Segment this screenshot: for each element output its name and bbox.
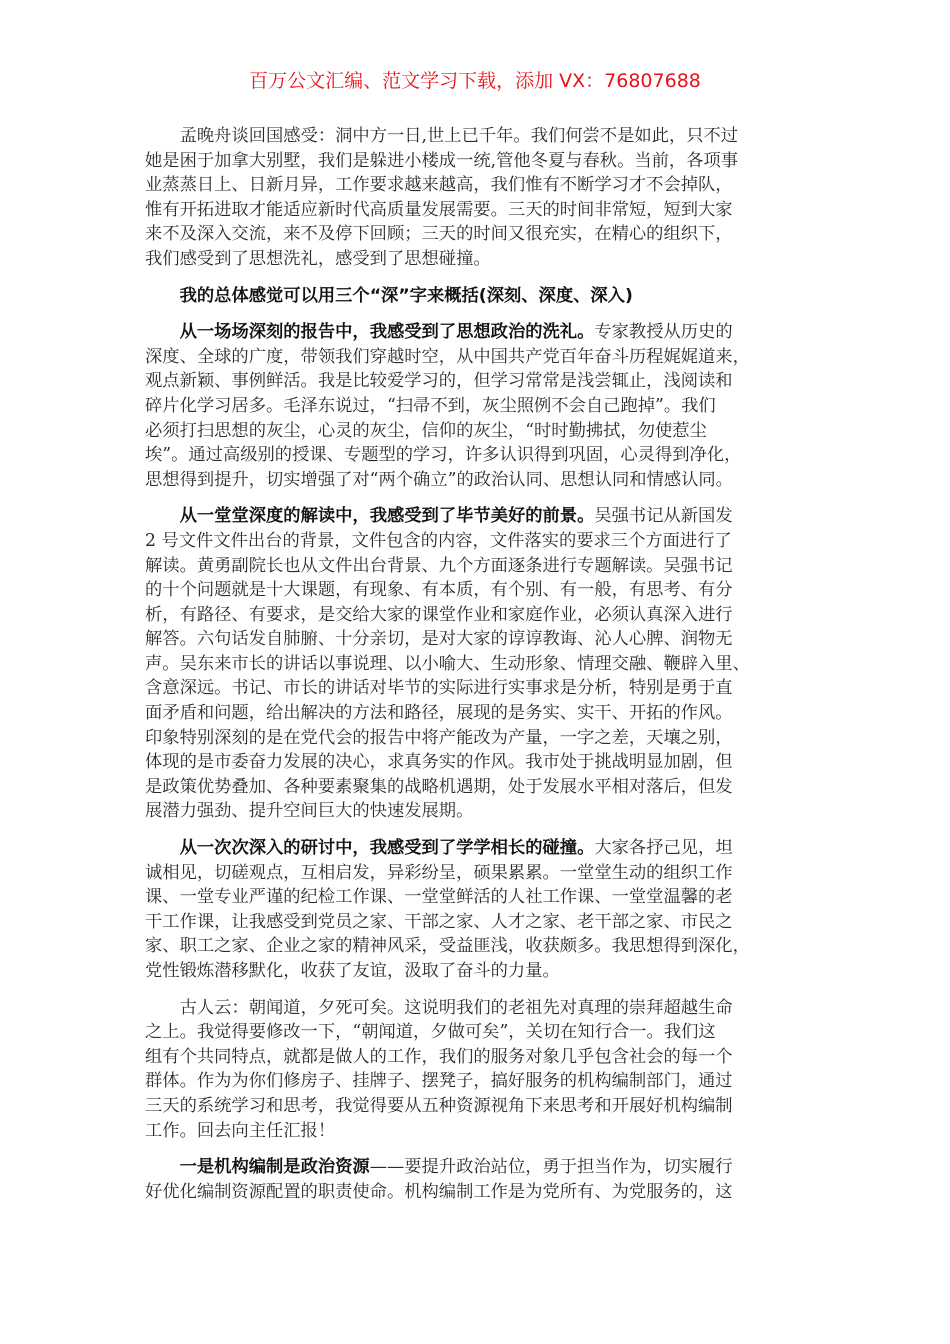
text-line: 孟晚舟谈回国感受：洞中方一日,世上已千年。我们何尝不是如此，只不过 [145, 124, 809, 149]
text-line: 碎片化学习居多。毛泽东说过，“扫帚不到，灰尘照例不会自己跑掉”。我们 [145, 394, 809, 419]
text-line: 思想得到提升，切实增强了对“两个确立”的政治认同、思想认同和情感认同。 [145, 468, 809, 493]
text-line: 面矛盾和问题，给出解决的方法和路径，展现的是务实、实干、开拓的作风。 [145, 701, 809, 726]
text-line: 古人云：朝闻道，夕死可矣。这说明我们的老祖先对真理的崇拜超越生命 [145, 996, 809, 1021]
text-line: 业蒸蒸日上、日新月异，工作要求越来越高，我们惟有不断学习才不会掉队， [145, 173, 809, 198]
text-line: 一是机构编制是政治资源——要提升政治站位，勇于担当作为，切实履行 [145, 1155, 809, 1180]
watermark-header: 百万公文汇编、范文学习下载，添加 VX：76807688 [0, 66, 950, 96]
text-line: 解答。六句话发自肺腑、十分亲切，是对大家的谆谆教诲、沁人心脾、润物无 [145, 627, 809, 652]
text-line: 观点新颖、事例鲜活。我是比较爱学习的，但学习常常是浅尝辄止，浅阅读和 [145, 369, 809, 394]
text-run: 专家教授从历史的 [594, 322, 732, 342]
text-line: 从一次次深入的研讨中，我感受到了学学相长的碰撞。大家各抒己见，坦 [145, 836, 809, 861]
text-line: 析，有路径、有要求，是交给大家的课堂作业和家庭作业，必须认真深入进行 [145, 603, 809, 628]
document-body: 孟晚舟谈回国感受：洞中方一日,世上已千年。我们何尝不是如此，只不过 她是困于加拿… [145, 124, 809, 1216]
paragraph-intro: 孟晚舟谈回国感受：洞中方一日,世上已千年。我们何尝不是如此，只不过 她是困于加拿… [145, 124, 809, 272]
document-page: 百万公文汇编、范文学习下载，添加 VX：76807688 孟晚舟谈回国感受：洞中… [0, 0, 950, 1344]
text-line: 党性锻炼潜移默化，收获了友谊，汲取了奋斗的力量。 [145, 959, 809, 984]
text-line: 家、职工之家、企业之家的精神风采，受益匪浅，收获颇多。我思想得到深化， [145, 934, 809, 959]
text-line: 从一场场深刻的报告中，我感受到了思想政治的洗礼。专家教授从历史的 [145, 320, 809, 345]
text-line: 课、一堂专业严谨的纪检工作课、一堂堂鲜活的人社工作课、一堂堂温馨的老 [145, 885, 809, 910]
text-line: 必须打扫思想的灰尘，心灵的灰尘，信仰的灰尘，“时时勤拂拭，勿使惹尘 [145, 419, 809, 444]
text-line: 惟有开拓进取才能适应新时代高质量发展需要。三天的时间非常短，短到大家 [145, 198, 809, 223]
paragraph-lead: 从一次次深入的研讨中，我感受到了学学相长的碰撞。 [180, 838, 595, 858]
paragraph-reports: 从一场场深刻的报告中，我感受到了思想政治的洗礼。专家教授从历史的 深度、全球的广… [145, 320, 809, 492]
text-line: 埃”。通过高级别的授课、专题型的学习，许多认识得到巩固，心灵得到净化， [145, 443, 809, 468]
paragraph-political-resource: 一是机构编制是政治资源——要提升政治站位，勇于担当作为，切实履行 好优化编制资源… [145, 1155, 809, 1204]
text-line: 深度、全球的广度，带领我们穿越时空，从中国共产党百年奋斗历程娓娓道来， [145, 345, 809, 370]
text-line: 组有个共同特点，就都是做人的工作，我们的服务对象几乎包含社会的每一个 [145, 1045, 809, 1070]
text-line: 群体。作为为你们修房子、挂牌子、摆凳子，搞好服务的机构编制部门，通过 [145, 1069, 809, 1094]
paragraph-lead: 一是机构编制是政治资源 [180, 1157, 370, 1177]
text-line: 印象特别深刻的是在党代会的报告中将产能改为产量，一字之差，天壤之别， [145, 726, 809, 751]
text-line: 体现的是市委奋力发展的决心，求真务实的作风。我市处于挑战明显加剧，但 [145, 750, 809, 775]
text-line: 来不及深入交流，来不及停下回顾；三天的时间又很充实，在精心的组织下， [145, 222, 809, 247]
text-run: 大家各抒己见，坦 [594, 838, 732, 858]
text-run: ——要提升政治站位，勇于担当作为，切实履行 [370, 1157, 733, 1177]
section-heading: 我的总体感觉可以用三个“深”字来概括(深刻、深度、深入) [145, 284, 809, 309]
text-line: 诚相见，切磋观点，互相启发，异彩纷呈，硕果累累。一堂堂生动的组织工作 [145, 861, 809, 886]
paragraph-ancients: 古人云：朝闻道，夕死可矣。这说明我们的老祖先对真理的崇拜超越生命 之上。我觉得要… [145, 996, 809, 1144]
text-line: 之上。我觉得要修改一下，“朝闻道，夕做可矣”，关切在知行合一。我们这 [145, 1020, 809, 1045]
text-line: 的十个问题就是十大课题，有现象、有本质，有个别、有一般，有思考、有分 [145, 578, 809, 603]
text-line: 三天的系统学习和思考，我觉得要从五种资源视角下来思考和开展好机构编制 [145, 1094, 809, 1119]
text-line: 她是困于加拿大别墅，我们是躲进小楼成一统,管他冬夏与春秋。当前，各项事 [145, 149, 809, 174]
paragraph-lead: 从一场场深刻的报告中，我感受到了思想政治的洗礼。 [180, 322, 595, 342]
paragraph-discussion: 从一次次深入的研讨中，我感受到了学学相长的碰撞。大家各抒己见，坦 诚相见，切磋观… [145, 836, 809, 984]
text-line: 干工作课，让我感受到党员之家、干部之家、人才之家、老干部之家、市民之 [145, 910, 809, 935]
text-line: 解读。黄勇副院长也从文件出台背景、九个方面逐条进行专题解读。吴强书记 [145, 554, 809, 579]
paragraph-lead: 从一堂堂深度的解读中，我感受到了毕节美好的前景。 [180, 506, 595, 526]
text-line: 从一堂堂深度的解读中，我感受到了毕节美好的前景。吴强书记从新国发 [145, 504, 809, 529]
text-run: 吴强书记从新国发 [594, 506, 732, 526]
text-line: 声。吴东来市长的讲话以事说理、以小喻大、生动形象、情理交融、鞭辟入里、 [145, 652, 809, 677]
text-line: 含意深远。书记、市长的讲话对毕节的实际进行实事求是分析，特别是勇于直 [145, 676, 809, 701]
text-line: 展潜力强劲、提升空间巨大的快速发展期。 [145, 799, 809, 824]
text-line: 2 号文件文件出台的背景，文件包含的内容，文件落实的要求三个方面进行了 [145, 529, 809, 554]
text-line: 我们感受到了思想洗礼，感受到了思想碰撞。 [145, 247, 809, 272]
paragraph-interpretation: 从一堂堂深度的解读中，我感受到了毕节美好的前景。吴强书记从新国发 2 号文件文件… [145, 504, 809, 824]
text-line: 工作。回去向主任汇报！ [145, 1119, 809, 1144]
text-line: 好优化编制资源配置的职责使命。机构编制工作是为党所有、为党服务的，这 [145, 1180, 809, 1205]
text-line: 是政策优势叠加、各种要素聚集的战略机遇期，处于发展水平相对落后，但发 [145, 775, 809, 800]
